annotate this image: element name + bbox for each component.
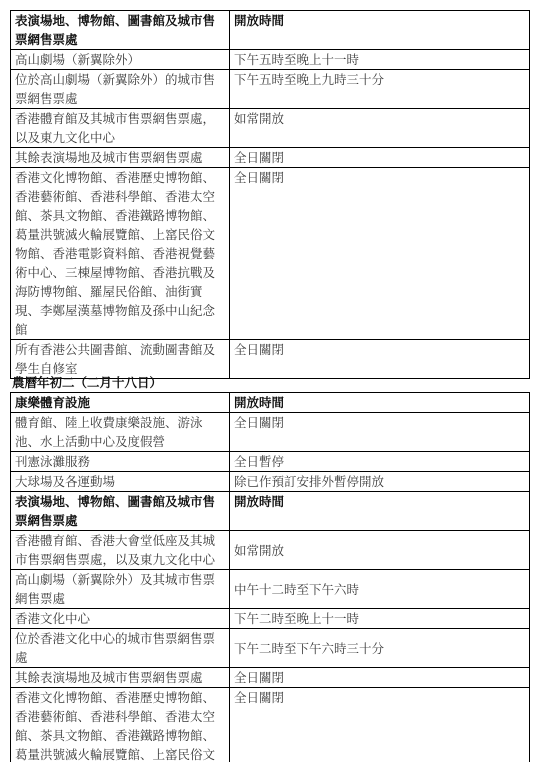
hours-cell: 全日關閉 xyxy=(230,668,530,688)
venue-cell: 高山劇場（新翼除外） xyxy=(11,50,230,70)
hours-cell: 全日關閉 xyxy=(230,413,530,452)
hours-cell: 下午二時至下午六時三十分 xyxy=(230,629,530,668)
hours-cell: 全日關閉 xyxy=(230,148,530,168)
table-facilities-day2: 康樂體育設施 開放時間 體育館、陸上收費康樂設施、游泳池、水上活動中心及度假營 … xyxy=(10,392,530,762)
hours-cell: 除已作預訂安排外暫停開放 xyxy=(230,472,530,492)
venue-cell: 其餘表演場地及城市售票網售票處 xyxy=(11,148,230,168)
hours-cell: 全日關閉 xyxy=(230,168,530,340)
header-hours: 開放時間 xyxy=(230,393,530,413)
venue-cell: 香港體育館、香港大會堂低座及其城市售票網售票處，以及東九文化中心 xyxy=(11,531,230,570)
table-row: 其餘表演場地及城市售票網售票處 全日關閉 xyxy=(11,148,530,168)
facility-cell: 刊憲泳灘服務 xyxy=(11,452,230,472)
hours-cell: 中午十二時至下午六時 xyxy=(230,570,530,609)
table-row: 香港文化博物館、香港歷史博物館、香港藝術館、香港科學館、香港太空館、茶具文物館、… xyxy=(11,688,530,762)
header-hours: 開放時間 xyxy=(230,11,530,50)
table-header-row: 表演場地、博物館、圖書館及城市售票網售票處 開放時間 xyxy=(11,11,530,50)
hours-cell: 全日關閉 xyxy=(230,340,530,379)
table-row: 香港體育館、香港大會堂低座及其城市售票網售票處，以及東九文化中心 如常開放 xyxy=(11,531,530,570)
table-row: 位於高山劇場（新翼除外）的城市售票網售票處 下午五時至晚上九時三十分 xyxy=(11,70,530,109)
facility-cell: 大球場及各運動場 xyxy=(11,472,230,492)
table-row: 其餘表演場地及城市售票網售票處 全日關閉 xyxy=(11,668,530,688)
table-row: 高山劇場（新翼除外） 下午五時至晚上十一時 xyxy=(11,50,530,70)
facility-cell: 體育館、陸上收費康樂設施、游泳池、水上活動中心及度假營 xyxy=(11,413,230,452)
table-row: 刊憲泳灘服務 全日暫停 xyxy=(11,452,530,472)
table-row: 位於香港文化中心的城市售票網售票處 下午二時至下午六時三十分 xyxy=(11,629,530,668)
table-row: 香港體育館及其城市售票網售票處，以及東九文化中心 如常開放 xyxy=(11,109,530,148)
venue-cell: 位於高山劇場（新翼除外）的城市售票網售票處 xyxy=(11,70,230,109)
hours-cell: 下午二時至晚上十一時 xyxy=(230,609,530,629)
venue-cell: 香港文化中心 xyxy=(11,609,230,629)
section-title-day2: 農曆年初二（二月十八日） xyxy=(12,373,162,392)
venue-cell: 位於香港文化中心的城市售票網售票處 xyxy=(11,629,230,668)
header-facility: 康樂體育設施 xyxy=(11,393,230,413)
table-header-row: 康樂體育設施 開放時間 xyxy=(11,393,530,413)
header-venue: 表演場地、博物館、圖書館及城市售票網售票處 xyxy=(11,11,230,50)
header-venue: 表演場地、博物館、圖書館及城市售票網售票處 xyxy=(11,492,230,531)
hours-cell: 下午五時至晚上九時三十分 xyxy=(230,70,530,109)
hours-cell: 全日暫停 xyxy=(230,452,530,472)
venue-cell: 高山劇場（新翼除外）及其城市售票網售票處 xyxy=(11,570,230,609)
table-row: 香港文化中心 下午二時至晚上十一時 xyxy=(11,609,530,629)
hours-cell: 下午五時至晚上十一時 xyxy=(230,50,530,70)
venue-cell: 香港文化博物館、香港歷史博物館、香港藝術館、香港科學館、香港太空館、茶具文物館、… xyxy=(11,168,230,340)
table-row: 香港文化博物館、香港歷史博物館、香港藝術館、香港科學館、香港太空館、茶具文物館、… xyxy=(11,168,530,340)
hours-cell: 如常開放 xyxy=(230,531,530,570)
table-row: 高山劇場（新翼除外）及其城市售票網售票處 中午十二時至下午六時 xyxy=(11,570,530,609)
table-venues-day1: 表演場地、博物館、圖書館及城市售票網售票處 開放時間 高山劇場（新翼除外） 下午… xyxy=(10,10,530,379)
table-row: 大球場及各運動場 除已作預訂安排外暫停開放 xyxy=(11,472,530,492)
venue-cell: 香港文化博物館、香港歷史博物館、香港藝術館、香港科學館、香港太空館、茶具文物館、… xyxy=(11,688,230,762)
venue-cell: 香港體育館及其城市售票網售票處，以及東九文化中心 xyxy=(11,109,230,148)
header-hours: 開放時間 xyxy=(230,492,530,531)
hours-cell: 如常開放 xyxy=(230,109,530,148)
table-header-row: 表演場地、博物館、圖書館及城市售票網售票處 開放時間 xyxy=(11,492,530,531)
venue-cell: 其餘表演場地及城市售票網售票處 xyxy=(11,668,230,688)
table-row: 體育館、陸上收費康樂設施、游泳池、水上活動中心及度假營 全日關閉 xyxy=(11,413,530,452)
hours-cell: 全日關閉 xyxy=(230,688,530,762)
